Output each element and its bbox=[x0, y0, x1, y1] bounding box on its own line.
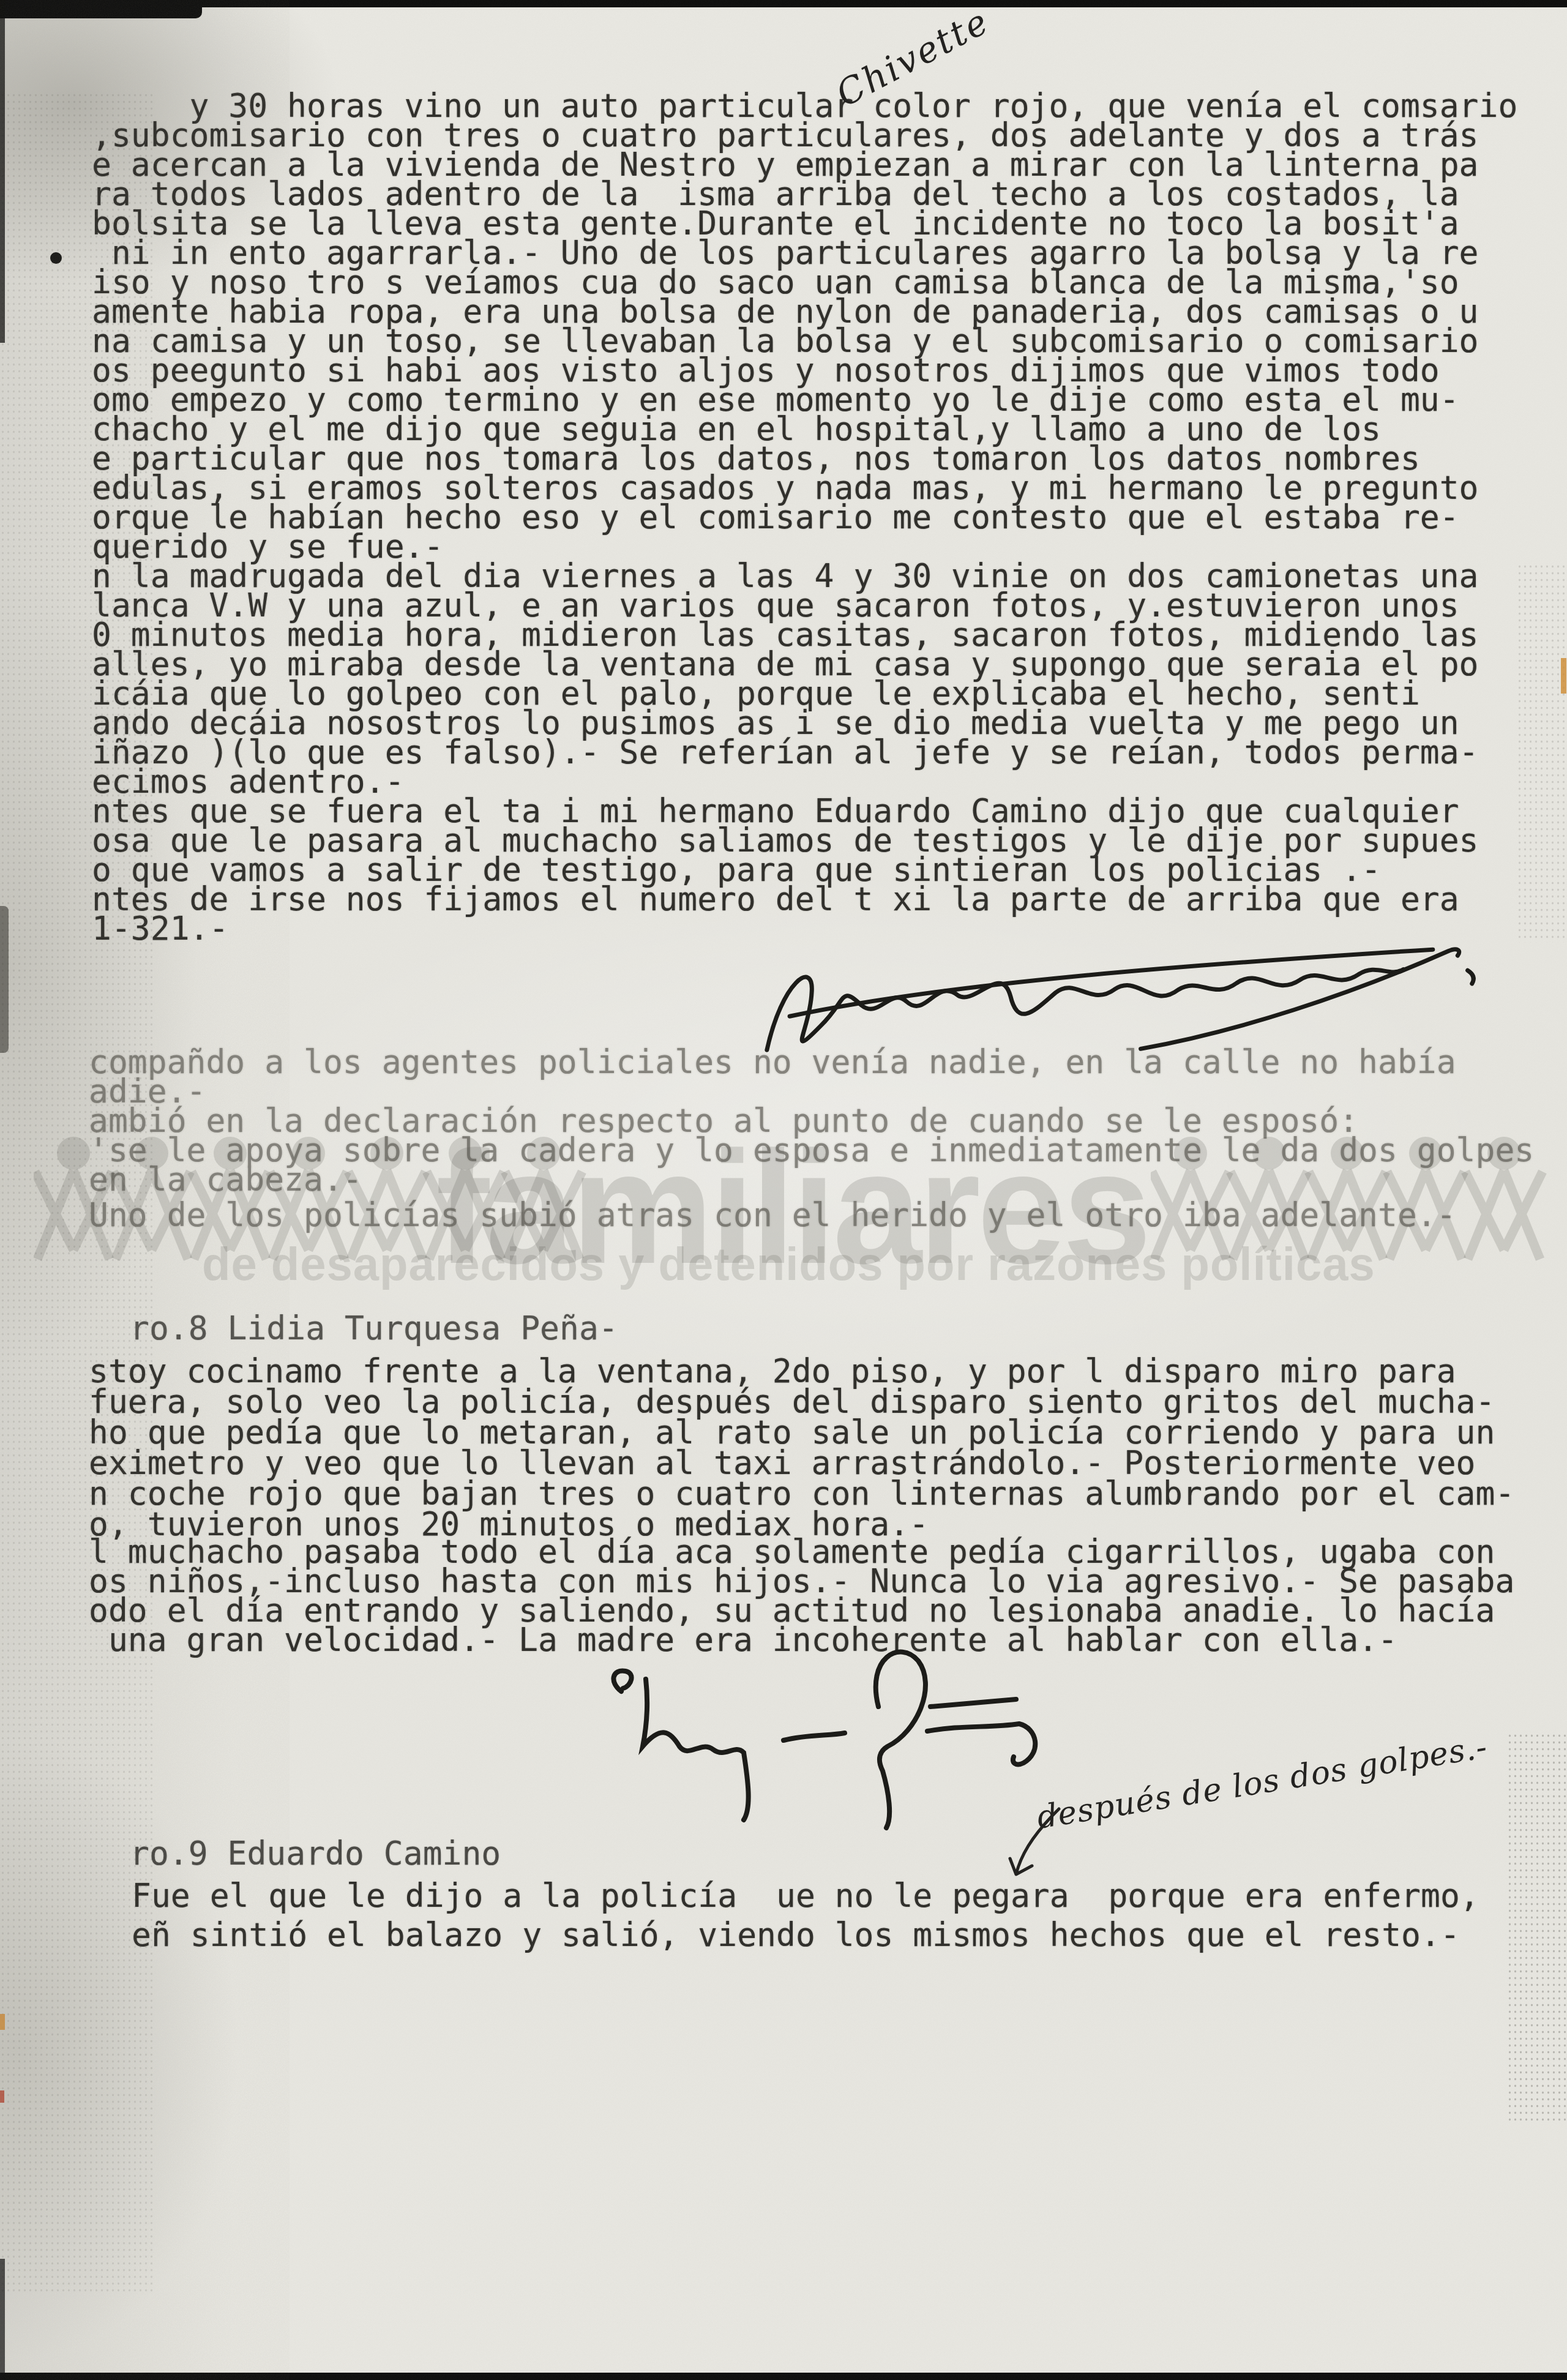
scan-edge-top-left bbox=[0, 0, 202, 18]
testimony-paragraph-1: y 30 horas vino un auto particular color… bbox=[92, 92, 1517, 944]
witness-8-testimony: stoy cocinamo frente a la ventana, 2do p… bbox=[89, 1357, 1514, 1540]
orange-speck-left bbox=[0, 2014, 5, 2030]
ink-dot bbox=[50, 252, 62, 264]
right-grain-lower bbox=[1507, 1732, 1567, 2124]
document-page: familiares de desaparecidos y detenidos … bbox=[0, 0, 1567, 2380]
orange-speck bbox=[1561, 658, 1566, 694]
witness-9-testimony: Fue el que le dijo a la policía ue no le… bbox=[132, 1877, 1479, 1955]
red-speck-left bbox=[0, 2090, 4, 2103]
signature-witness-8 bbox=[588, 1633, 1065, 1835]
witness-8-heading: ro.8 Lidia Turquesa Peña- bbox=[130, 1310, 618, 1347]
watermark-subtext: de desaparecidos y detenidos por razones… bbox=[202, 1238, 1375, 1291]
left-edge-blotch bbox=[0, 906, 9, 1053]
witness-9-heading: ro.9 Eduardo Camino bbox=[130, 1835, 501, 1873]
testimony-paragraph-2b: Uno de los policías subió atras con el h… bbox=[89, 1201, 1456, 1230]
inline-handwritten-annotation: después de los dos golpes.- bbox=[1034, 1729, 1490, 1836]
scan-edge-top bbox=[0, 0, 1567, 7]
right-grain-upper bbox=[1517, 563, 1567, 943]
scan-edge-bottom bbox=[0, 2373, 1567, 2380]
scan-edge-left bbox=[0, 0, 5, 343]
scan-edge-left-low bbox=[0, 2259, 5, 2380]
